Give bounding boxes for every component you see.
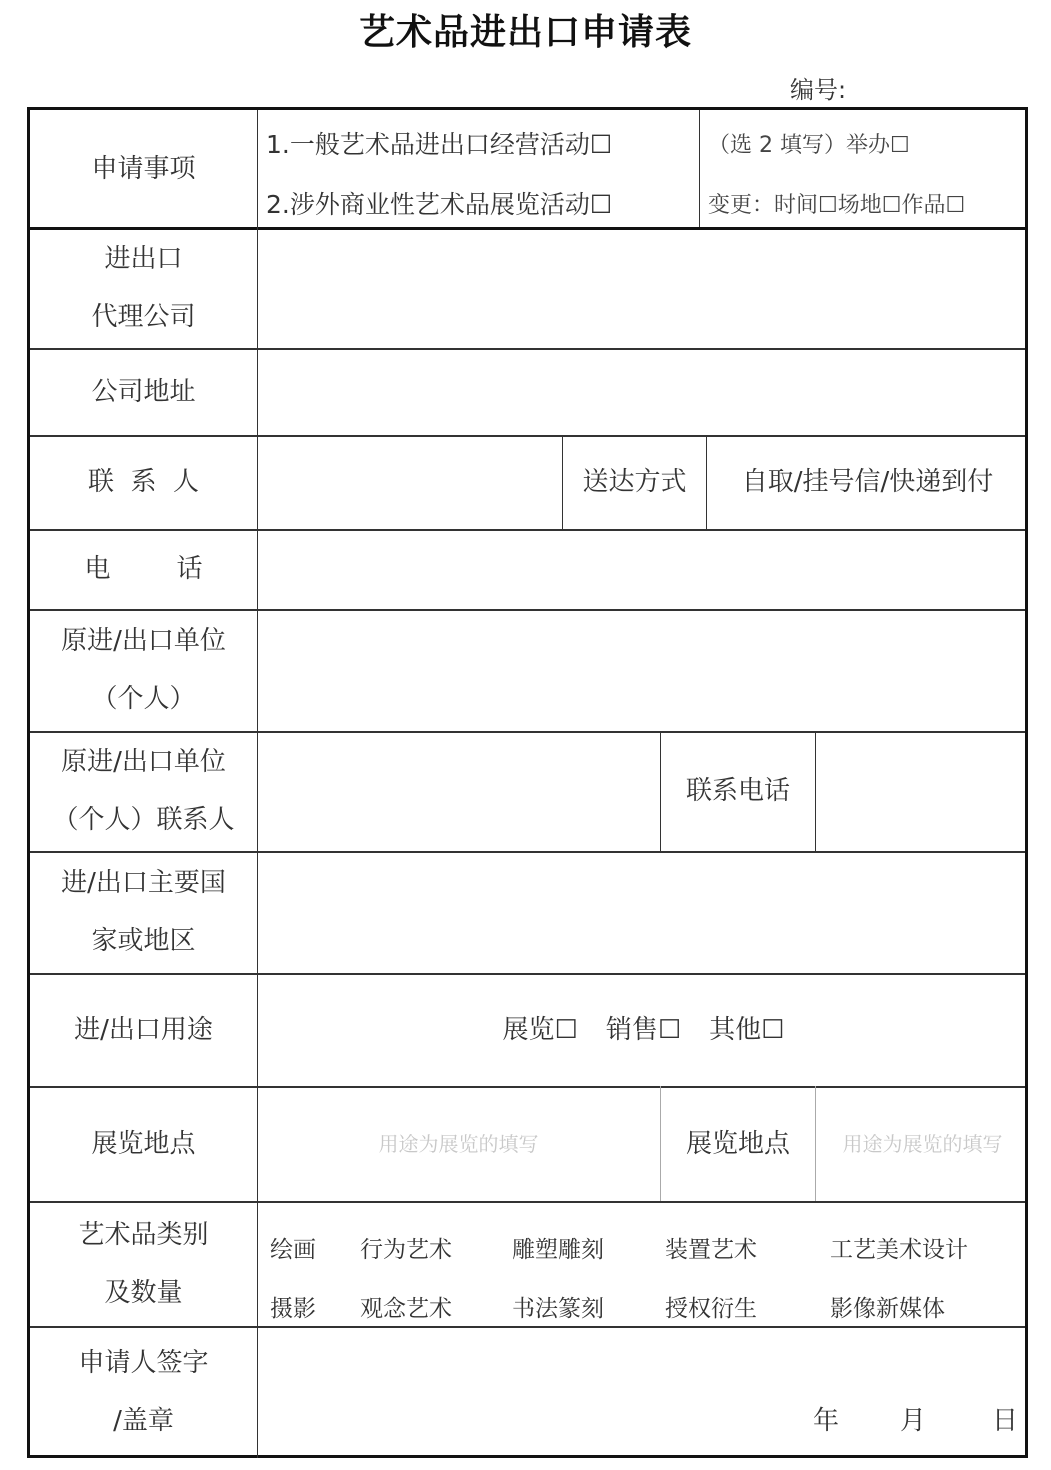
label-text: 公司地址: [91, 363, 195, 421]
delivery-method-value[interactable]: 自取/挂号信/快递到付: [707, 435, 1028, 529]
label-signature: 申请人签字 /盖章: [30, 1326, 257, 1458]
phone-field[interactable]: [259, 531, 1028, 607]
label-text: 申请人签字: [78, 1334, 208, 1392]
countries-field[interactable]: [259, 853, 1028, 971]
label-countries: 进/出口主要国 家或地区: [30, 851, 257, 973]
origin-unit-field[interactable]: [259, 611, 1028, 729]
column-divider: [815, 731, 816, 851]
option-foreign-exhibition[interactable]: 2.涉外商业性艺术品展览活动☐: [266, 180, 696, 230]
exhibition-site-field[interactable]: 用途为展览的填写: [259, 1088, 658, 1199]
category-sculpture[interactable]: 雕塑雕刻: [512, 1231, 604, 1264]
label-origin-contact: 原进/出口单位 （个人）联系人: [30, 731, 257, 851]
label-origin-unit: 原进/出口单位 （个人）: [30, 609, 257, 731]
label-text: 及数量: [104, 1264, 182, 1322]
category-new-media[interactable]: 影像新媒体: [830, 1290, 945, 1323]
agent-company-field[interactable]: [259, 229, 1028, 346]
category-conceptual-art[interactable]: 观念艺术: [360, 1290, 452, 1323]
serial-number-label: 编号:: [790, 70, 846, 105]
label-text: 进/出口主要国: [61, 854, 226, 912]
application-form-table: 申请事项 1.一般艺术品进出口经营活动☐ 2.涉外商业性艺术品展览活动☐ （选 …: [27, 107, 1028, 1458]
category-photography[interactable]: 摄影: [270, 1290, 316, 1323]
label-categories: 艺术品类别 及数量: [30, 1201, 257, 1326]
date-month-label: 月: [900, 1400, 926, 1437]
label-phone: 电 话: [30, 529, 257, 609]
purpose-other-checkbox[interactable]: 其他☐: [709, 1001, 784, 1059]
option-general-trade[interactable]: 1.一般艺术品进出口经营活动☐: [266, 120, 696, 170]
column-divider: [699, 110, 700, 227]
option-change-label: 变更：时间☐场地☐作品☐: [708, 177, 965, 235]
label-text: 电 话: [84, 540, 202, 598]
label-purpose: 进/出口用途: [30, 973, 257, 1086]
date-year-label: 年: [813, 1400, 839, 1437]
purpose-options: 展览☐ 销售☐ 其他☐: [259, 973, 1028, 1086]
exhibition-site-hint: 用途为展览的填写: [379, 1115, 539, 1173]
purpose-exhibition-checkbox[interactable]: 展览☐: [503, 1001, 578, 1059]
label-contact-phone: 联系电话: [661, 731, 815, 851]
contact-phone-field[interactable]: [817, 733, 1028, 849]
date-day-label: 日: [992, 1400, 1018, 1437]
label-text: 联 系 人: [88, 453, 199, 511]
label-text: 家或地区: [91, 912, 195, 970]
column-divider: [257, 110, 258, 1458]
label-text: 展览地点: [91, 1115, 195, 1173]
label-text: 进出口: [104, 230, 182, 288]
label-text: 原进/出口单位: [61, 612, 226, 670]
label-delivery-method: 送达方式: [563, 435, 706, 529]
category-craft-design[interactable]: 工艺美术设计: [830, 1231, 968, 1264]
label-text: 艺术品类别: [78, 1206, 208, 1264]
category-calligraphy[interactable]: 书法篆刻: [512, 1290, 604, 1323]
option-host[interactable]: （选 2 填写）举办☐: [708, 124, 1028, 168]
column-divider: [815, 1086, 816, 1201]
label-text: 代理公司: [91, 288, 195, 346]
form-title: 艺术品进出口申请表: [0, 4, 1051, 55]
label-text: （个人）: [91, 670, 195, 728]
label-company-address: 公司地址: [30, 348, 257, 435]
option-host-label: （选 2 填写）举办☐: [708, 117, 910, 175]
label-exhibition-site-2: 展览地点: [661, 1086, 815, 1201]
label-exhibition-site: 展览地点: [30, 1086, 257, 1201]
option-foreign-exhibition-label: 2.涉外商业性艺术品展览活动☐: [266, 176, 612, 234]
exhibition-site-field-2[interactable]: 用途为展览的填写: [817, 1088, 1028, 1199]
label-text: 进/出口用途: [74, 1001, 213, 1059]
option-general-trade-label: 1.一般艺术品进出口经营活动☐: [266, 116, 612, 174]
option-change[interactable]: 变更：时间☐场地☐作品☐: [708, 184, 1028, 228]
company-address-field[interactable]: [259, 350, 1028, 433]
contact-person-field[interactable]: [259, 437, 560, 527]
label-text: （个人）联系人: [52, 791, 234, 849]
category-painting[interactable]: 绘画: [270, 1231, 316, 1264]
label-text: 原进/出口单位: [61, 733, 226, 791]
label-application-items: 申请事项: [30, 110, 257, 227]
label-text: /盖章: [113, 1392, 174, 1450]
exhibition-site-hint-2: 用途为展览的填写: [843, 1115, 1003, 1173]
label-text: 申请事项: [91, 140, 195, 198]
label-text: 送达方式: [582, 453, 686, 511]
delivery-method-options: 自取/挂号信/快递到付: [742, 453, 994, 511]
category-licensed-derivatives[interactable]: 授权衍生: [665, 1290, 757, 1323]
label-agent-company: 进出口 代理公司: [30, 227, 257, 348]
label-text: 展览地点: [686, 1115, 790, 1173]
purpose-sale-checkbox[interactable]: 销售☐: [606, 1001, 681, 1059]
label-contact-person: 联 系 人: [30, 435, 257, 529]
origin-contact-field[interactable]: [259, 733, 658, 849]
category-performance-art[interactable]: 行为艺术: [360, 1231, 452, 1264]
category-installation[interactable]: 装置艺术: [665, 1231, 757, 1264]
label-text: 联系电话: [686, 762, 790, 820]
